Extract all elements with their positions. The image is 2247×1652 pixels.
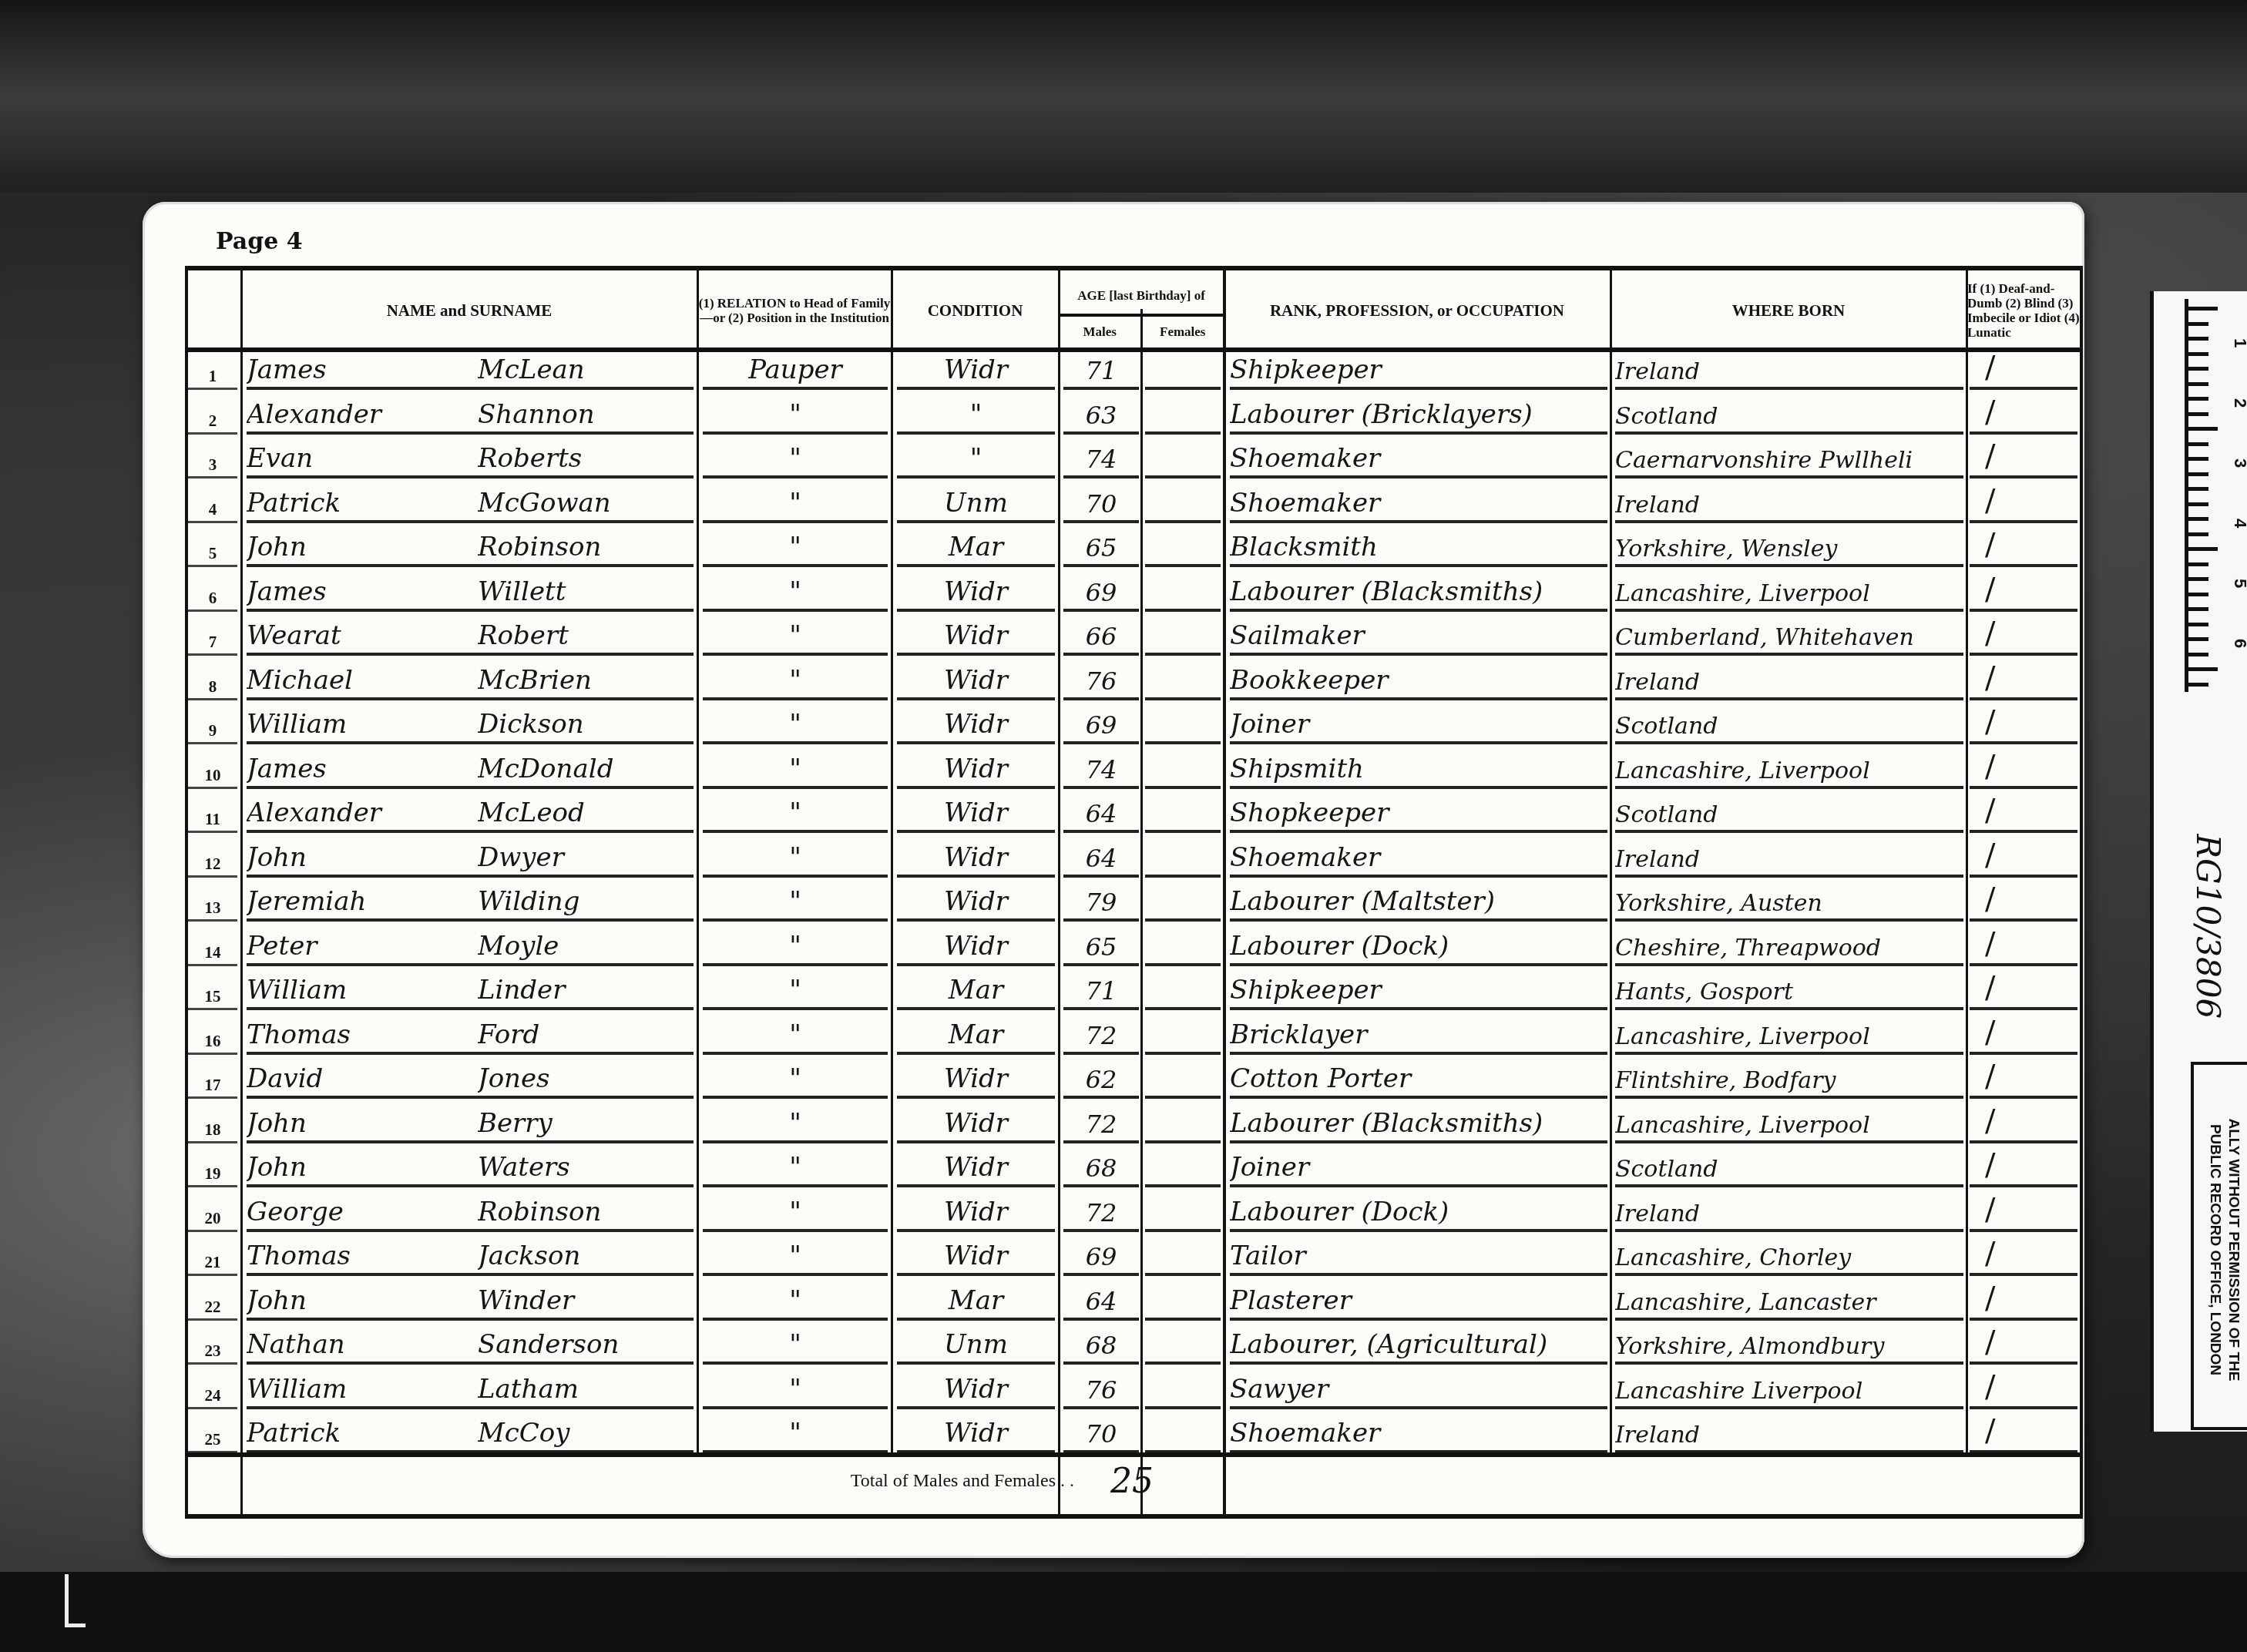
age-females (1145, 1326, 1221, 1365)
condition: Unm (897, 1326, 1055, 1365)
infirmity-mark: / (1970, 706, 2077, 744)
row-number: 21 (188, 1237, 237, 1276)
occupation: Labourer (Blacksmiths) (1230, 1105, 1607, 1143)
surname: McDonald (478, 750, 694, 789)
first-name: William (247, 706, 478, 744)
age-females (1145, 1060, 1221, 1099)
first-name: George (247, 1194, 478, 1232)
ruler-number: 1 (2213, 330, 2247, 356)
age-males: 69 (1063, 573, 1139, 612)
condition: Widr (897, 839, 1055, 878)
header-number (188, 277, 240, 344)
occupation: Bricklayer (1230, 1016, 1607, 1055)
first-name: Wearat (247, 617, 478, 656)
age-males: 72 (1063, 1016, 1139, 1055)
age-females (1145, 1282, 1221, 1321)
age-males: 68 (1063, 1326, 1139, 1365)
occupation: Plasterer (1230, 1282, 1607, 1321)
where-born: Scotland (1615, 396, 1963, 435)
row-number: 9 (188, 706, 237, 744)
age-females (1145, 706, 1221, 744)
age-females (1145, 1194, 1221, 1232)
where-born: Scotland (1615, 706, 1963, 744)
surname: Roberts (478, 440, 694, 478)
infirmity-mark: / (1970, 1149, 2077, 1187)
table-row: 23 Nathan Sanderson " Unm 68 Labourer, (… (188, 1322, 2080, 1368)
relation: " (703, 1105, 888, 1143)
age-males: 70 (1063, 485, 1139, 523)
table-row: 9 William Dickson " Widr 69 Joiner Scotl… (188, 702, 2080, 747)
header-where-born: WHERE BORN (1611, 277, 1966, 344)
surname: McBrien (478, 662, 694, 700)
condition: Widr (897, 1060, 1055, 1099)
age-males: 74 (1063, 750, 1139, 789)
where-born: Ireland (1615, 1415, 1963, 1453)
infirmity-mark: / (1970, 1371, 2077, 1409)
table-row: 20 George Robinson " Widr 72 Labourer (D… (188, 1190, 2080, 1235)
header-occupation: RANK, PROFESSION, or OCCUPATION (1224, 277, 1610, 344)
ruler-number: 5 (2213, 570, 2247, 596)
table-row: 21 Thomas Jackson " Widr 69 Tailor Lanca… (188, 1234, 2080, 1279)
first-name: John (247, 839, 478, 878)
first-name: John (247, 1105, 478, 1143)
header-name: NAME and SURNAME (242, 277, 697, 344)
ruler-tick (2188, 322, 2208, 326)
first-name: Peter (247, 928, 478, 966)
copyright-line-1: ALLY WITHOUT PERMISSION OF THE (2224, 1069, 2242, 1431)
infirmity-mark: / (1970, 1415, 2077, 1453)
age-males: 63 (1063, 396, 1139, 435)
table-row: 4 Patrick McGowan " Unm 70 Shoemaker Ire… (188, 481, 2080, 526)
ruler-tick (2188, 307, 2218, 311)
occupation: Labourer (Dock) (1230, 1194, 1607, 1232)
copyright-notice: ALLY WITHOUT PERMISSION OF THE PUBLIC RE… (2191, 1062, 2247, 1430)
row-number: 19 (188, 1149, 237, 1187)
age-males: 74 (1063, 440, 1139, 478)
table-row: 16 Thomas Ford " Mar 72 Bricklayer Lanca… (188, 1012, 2080, 1058)
header-age: AGE [last Birthday] of (1060, 277, 1223, 314)
age-females (1145, 972, 1221, 1010)
condition: Widr (897, 750, 1055, 789)
occupation: Shopkeeper (1230, 794, 1607, 833)
age-males: 76 (1063, 662, 1139, 700)
infirmity-mark: / (1970, 972, 2077, 1010)
infirmity-mark: / (1970, 794, 2077, 833)
ruler-tick (2188, 427, 2218, 431)
age-females (1145, 750, 1221, 789)
condition: Widr (897, 617, 1055, 656)
ruler-number: 4 (2213, 510, 2247, 536)
total-row: Total of Males and Females . . 25 (188, 1452, 2080, 1515)
relation: " (703, 1282, 888, 1321)
table-row: 6 James Willett " Widr 69 Labourer (Blac… (188, 569, 2080, 615)
age-males: 72 (1063, 1105, 1139, 1143)
surname: Latham (478, 1371, 694, 1409)
ruler-tick (2188, 412, 2208, 416)
row-number: 20 (188, 1194, 237, 1232)
first-name: James (247, 573, 478, 612)
where-born: Yorkshire, Austen (1615, 883, 1963, 922)
infirmity-mark: / (1970, 750, 2077, 789)
occupation: Labourer (Blacksmiths) (1230, 573, 1607, 612)
age-males: 68 (1063, 1149, 1139, 1187)
ruler-tick (2188, 637, 2208, 641)
relation: " (703, 1194, 888, 1232)
row-number: 18 (188, 1105, 237, 1143)
first-name: Alexander (247, 396, 478, 435)
table-row: 13 Jeremiah Wilding " Widr 79 Labourer (… (188, 879, 2080, 925)
row-number: 24 (188, 1371, 237, 1409)
row-number: 1 (188, 351, 237, 390)
condition: Widr (897, 1415, 1055, 1453)
age-females (1145, 1016, 1221, 1055)
relation: Pauper (703, 351, 888, 390)
table-row: 18 John Berry " Widr 72 Labourer (Blacks… (188, 1101, 2080, 1147)
surname: Wilding (478, 883, 694, 922)
first-name: William (247, 1371, 478, 1409)
row-number: 16 (188, 1016, 237, 1055)
header-infirmity: If (1) Deaf-and-Dumb (2) Blind (3) Imbec… (1967, 277, 2080, 344)
age-males: 70 (1063, 1415, 1139, 1453)
ruler-tick (2188, 517, 2208, 521)
surname: Jones (478, 1060, 694, 1099)
surname: Linder (478, 972, 694, 1010)
relation: " (703, 794, 888, 833)
occupation: Shoemaker (1230, 485, 1607, 523)
where-born: Flintshire, Bodfary (1615, 1060, 1963, 1099)
table-row: 3 Evan Roberts " " 74 Shoemaker Caernarv… (188, 436, 2080, 482)
table-row: 5 John Robinson " Mar 65 Blacksmith York… (188, 525, 2080, 570)
occupation: Blacksmith (1230, 529, 1607, 567)
surname: Robert (478, 617, 694, 656)
relation: " (703, 662, 888, 700)
relation: " (703, 750, 888, 789)
table-row: 1 James McLean Pauper Widr 71 Shipkeeper… (188, 348, 2080, 393)
table-row: 17 David Jones " Widr 62 Cotton Porter F… (188, 1056, 2080, 1102)
age-females (1145, 794, 1221, 833)
surname: Willett (478, 573, 694, 612)
condition: Mar (897, 972, 1055, 1010)
where-born: Lancashire, Liverpool (1615, 1105, 1963, 1143)
condition: Widr (897, 351, 1055, 390)
occupation: Shoemaker (1230, 839, 1607, 878)
ruler-number: 6 (2213, 630, 2247, 656)
first-name: Patrick (247, 485, 478, 523)
first-name: Jeremiah (247, 883, 478, 922)
where-born: Cumberland, Whitehaven (1615, 617, 1963, 656)
row-number: 14 (188, 928, 237, 966)
table-row: 24 William Latham " Widr 76 Sawyer Lanca… (188, 1367, 2080, 1412)
occupation: Bookkeeper (1230, 662, 1607, 700)
surname: Moyle (478, 928, 694, 966)
first-name: Patrick (247, 1415, 478, 1453)
infirmity-mark: / (1970, 839, 2077, 878)
occupation: Shipkeeper (1230, 351, 1607, 390)
infirmity-mark: / (1970, 1060, 2077, 1099)
age-females (1145, 1149, 1221, 1187)
condition: Widr (897, 794, 1055, 833)
first-name: William (247, 972, 478, 1010)
condition: Widr (897, 573, 1055, 612)
page-label: Page 4 (216, 228, 303, 255)
occupation: Joiner (1230, 1149, 1607, 1187)
where-born: Caernarvonshire Pwllheli (1615, 440, 1963, 478)
condition: Mar (897, 1282, 1055, 1321)
ruler-tick (2188, 487, 2208, 491)
where-born: Lancashire, Lancaster (1615, 1282, 1963, 1321)
infirmity-mark: / (1970, 1194, 2077, 1232)
relation: " (703, 1060, 888, 1099)
age-males: 69 (1063, 706, 1139, 744)
age-females (1145, 1105, 1221, 1143)
copyright-line-2: PUBLIC RECORD OFFICE, LONDON (2205, 1069, 2224, 1431)
surname: Waters (478, 1149, 694, 1187)
ruler-tick (2188, 547, 2218, 551)
surname: Berry (478, 1105, 694, 1143)
table-row: 15 William Linder " Mar 71 Shipkeeper Ha… (188, 968, 2080, 1013)
total-males-value: 25 (1090, 1462, 1174, 1501)
row-number: 5 (188, 529, 237, 567)
first-name: James (247, 351, 478, 390)
ruler-tick (2188, 352, 2208, 356)
row-number: 8 (188, 662, 237, 700)
occupation: Cotton Porter (1230, 1060, 1607, 1099)
row-number: 2 (188, 396, 237, 435)
age-males: 76 (1063, 1371, 1139, 1409)
corner-crop-mark (65, 1574, 86, 1627)
row-number: 3 (188, 440, 237, 478)
relation: " (703, 1371, 888, 1409)
relation: " (703, 485, 888, 523)
ruler-tick (2188, 653, 2208, 656)
table-row: 12 John Dwyer " Widr 64 Shoemaker Irelan… (188, 835, 2080, 881)
infirmity-mark: / (1970, 617, 2077, 656)
age-males: 65 (1063, 928, 1139, 966)
reference-strip: 123456 RG10/3806 ALLY WITHOUT PERMISSION… (2150, 291, 2247, 1432)
infirmity-mark: / (1970, 351, 2077, 390)
first-name: John (247, 529, 478, 567)
relation: " (703, 839, 888, 878)
ruler-tick (2188, 382, 2208, 386)
ruler-tick (2188, 502, 2208, 506)
surname: Jackson (478, 1237, 694, 1276)
age-males: 65 (1063, 529, 1139, 567)
table-row: 11 Alexander McLeod " Widr 64 Shopkeeper… (188, 791, 2080, 836)
table-row: 8 Michael McBrien " Widr 76 Bookkeeper I… (188, 658, 2080, 703)
first-name: Alexander (247, 794, 478, 833)
relation: " (703, 440, 888, 478)
relation: " (703, 706, 888, 744)
ruler-tick (2188, 607, 2208, 611)
relation: " (703, 396, 888, 435)
header-age-females: Females (1140, 317, 1224, 348)
ruler-tick (2188, 667, 2218, 671)
ruler-tick (2188, 683, 2208, 687)
age-males: 64 (1063, 794, 1139, 833)
ruler-tick (2188, 397, 2208, 401)
age-females (1145, 440, 1221, 478)
total-label: Total of Males and Females . . (851, 1471, 1074, 1492)
row-number: 13 (188, 883, 237, 922)
condition: " (897, 396, 1055, 435)
infirmity-mark: / (1970, 1016, 2077, 1055)
ruler-tick (2188, 457, 2208, 461)
surname: McGowan (478, 485, 694, 523)
infirmity-mark: / (1970, 1237, 2077, 1276)
relation: " (703, 1326, 888, 1365)
first-name: Thomas (247, 1016, 478, 1055)
condition: Widr (897, 883, 1055, 922)
ruler-tick (2188, 367, 2208, 371)
infirmity-mark: / (1970, 485, 2077, 523)
occupation: Sailmaker (1230, 617, 1607, 656)
age-males: 66 (1063, 617, 1139, 656)
infirmity-mark: / (1970, 529, 2077, 567)
where-born: Lancashire, Liverpool (1615, 1016, 1963, 1055)
row-number: 7 (188, 617, 237, 656)
occupation: Shipkeeper (1230, 972, 1607, 1010)
surname: Robinson (478, 1194, 694, 1232)
condition: Mar (897, 529, 1055, 567)
where-born: Yorkshire, Almondbury (1615, 1326, 1963, 1365)
row-number: 23 (188, 1326, 237, 1365)
infirmity-mark: / (1970, 883, 2077, 922)
age-males: 62 (1063, 1060, 1139, 1099)
where-born: Ireland (1615, 1194, 1963, 1232)
infirmity-mark: / (1970, 396, 2077, 435)
relation: " (703, 928, 888, 966)
surname: Robinson (478, 529, 694, 567)
census-table: NAME and SURNAME (1) RELATION to Head of… (185, 266, 2083, 1519)
row-number: 12 (188, 839, 237, 878)
table-row: 14 Peter Moyle " Widr 65 Labourer (Dock)… (188, 924, 2080, 969)
condition: Widr (897, 662, 1055, 700)
ruler-tick (2188, 562, 2208, 566)
first-name: John (247, 1282, 478, 1321)
condition: " (897, 440, 1055, 478)
first-name: Evan (247, 440, 478, 478)
relation: " (703, 529, 888, 567)
first-name: Michael (247, 662, 478, 700)
age-males: 71 (1063, 972, 1139, 1010)
age-females (1145, 485, 1221, 523)
age-females (1145, 617, 1221, 656)
occupation: Shoemaker (1230, 440, 1607, 478)
surname: Ford (478, 1016, 694, 1055)
age-females (1145, 1371, 1221, 1409)
first-name: John (247, 1149, 478, 1187)
age-females (1145, 883, 1221, 922)
relation: " (703, 883, 888, 922)
where-born: Ireland (1615, 662, 1963, 700)
condition: Widr (897, 706, 1055, 744)
ruler-tick (2188, 623, 2208, 626)
age-males: 71 (1063, 351, 1139, 390)
condition: Widr (897, 1105, 1055, 1143)
scale-ruler: 123456 (2185, 299, 2247, 692)
occupation: Labourer (Dock) (1230, 928, 1607, 966)
piece-reference: RG10/3806 (2189, 834, 2227, 958)
table-row: 10 James McDonald " Widr 74 Shipsmith La… (188, 747, 2080, 792)
table-row: 25 Patrick McCoy " Widr 70 Shoemaker Ire… (188, 1411, 2080, 1456)
row-number: 6 (188, 573, 237, 612)
infirmity-mark: / (1970, 1105, 2077, 1143)
ruler-tick (2188, 532, 2208, 536)
age-males: 64 (1063, 839, 1139, 878)
table-row: 7 Wearat Robert " Widr 66 Sailmaker Cumb… (188, 613, 2080, 659)
row-number: 10 (188, 750, 237, 789)
condition: Widr (897, 1371, 1055, 1409)
first-name: James (247, 750, 478, 789)
condition: Widr (897, 1149, 1055, 1187)
ruler-tick (2188, 337, 2208, 341)
occupation: Labourer, (Agricultural) (1230, 1326, 1607, 1365)
occupation: Labourer (Bricklayers) (1230, 396, 1607, 435)
scanner-background-bottom (0, 1572, 2247, 1652)
occupation: Joiner (1230, 706, 1607, 744)
table-row: 19 John Waters " Widr 68 Joiner Scotland… (188, 1145, 2080, 1190)
table-row: 2 Alexander Shannon " " 63 Labourer (Bri… (188, 392, 2080, 438)
first-name: David (247, 1060, 478, 1099)
relation: " (703, 1415, 888, 1453)
relation: " (703, 573, 888, 612)
ruler-number: 3 (2213, 450, 2247, 476)
surname: Dwyer (478, 839, 694, 878)
where-born: Scotland (1615, 794, 1963, 833)
surname: Dickson (478, 706, 694, 744)
ruler-tick (2188, 577, 2208, 581)
copyright-text: ALLY WITHOUT PERMISSION OF THE PUBLIC RE… (2205, 1069, 2242, 1431)
relation: " (703, 1237, 888, 1276)
age-females (1145, 351, 1221, 390)
where-born: Ireland (1615, 351, 1963, 390)
where-born: Ireland (1615, 485, 1963, 523)
age-males: 69 (1063, 1237, 1139, 1276)
surname: McLeod (478, 794, 694, 833)
infirmity-mark: / (1970, 928, 2077, 966)
ruler-tick (2188, 442, 2208, 446)
age-males: 64 (1063, 1282, 1139, 1321)
where-born: Lancashire, Chorley (1615, 1237, 1963, 1276)
first-name: Thomas (247, 1237, 478, 1276)
relation: " (703, 1149, 888, 1187)
condition: Widr (897, 1237, 1055, 1276)
condition: Widr (897, 1194, 1055, 1232)
occupation: Labourer (Maltster) (1230, 883, 1607, 922)
header-age-males: Males (1060, 317, 1140, 348)
ruler-tick (2188, 472, 2208, 476)
occupation: Shoemaker (1230, 1415, 1607, 1453)
row-number: 17 (188, 1060, 237, 1099)
row-number: 25 (188, 1415, 237, 1453)
age-females (1145, 1415, 1221, 1453)
condition: Mar (897, 1016, 1055, 1055)
scanner-background-top (0, 0, 2247, 193)
where-born: Yorkshire, Wensley (1615, 529, 1963, 567)
where-born: Ireland (1615, 839, 1963, 878)
occupation: Tailor (1230, 1237, 1607, 1276)
relation: " (703, 617, 888, 656)
occupation: Sawyer (1230, 1371, 1607, 1409)
where-born: Cheshire, Threapwood (1615, 928, 1963, 966)
table-row: 22 John Winder " Mar 64 Plasterer Lancas… (188, 1278, 2080, 1324)
header-relation: (1) RELATION to Head of Family—or (2) Po… (698, 277, 891, 344)
infirmity-mark: / (1970, 1282, 2077, 1321)
infirmity-mark: / (1970, 1326, 2077, 1365)
age-females (1145, 839, 1221, 878)
relation: " (703, 972, 888, 1010)
row-number: 11 (188, 794, 237, 833)
